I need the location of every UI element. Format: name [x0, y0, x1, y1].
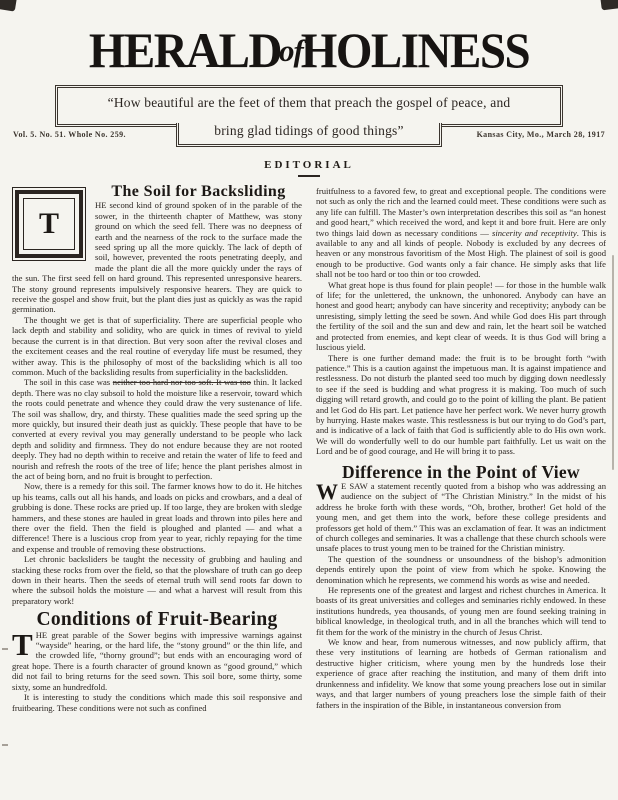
column-left: T The Soil for Backsliding HE second kin… — [12, 186, 302, 713]
paragraph: The thought we get is that of superficia… — [12, 315, 302, 377]
masthead-word-holiness: HOLINESS — [301, 22, 529, 79]
paragraph: Now, there is a remedy for this soil. Th… — [12, 481, 302, 554]
struck-through-text: neither too hard nor too soft. It was to… — [113, 377, 251, 387]
dropcap-letter-t: T — [12, 631, 33, 658]
paragraph: The question of the soundness or unsound… — [316, 554, 606, 585]
scripture-quote-banner: “How beautiful are the feet of them that… — [55, 85, 563, 147]
paragraph: He represents one of the greatest and la… — [316, 585, 606, 637]
margin-mark — [2, 648, 8, 650]
paragraph-text: HE great parable of the Sower begins wit… — [12, 630, 302, 692]
article-soil-for-backsliding: T The Soil for Backsliding HE second kin… — [12, 186, 302, 606]
dropcap-letter-w: W — [316, 482, 338, 501]
margin-mark — [2, 744, 8, 746]
masthead-word-of: of — [279, 33, 303, 69]
italic-text: sincerity and receptivity — [492, 228, 577, 238]
dropcap-box-frame: T — [15, 190, 83, 258]
scanned-page: { "masthead": { "title_part1": "HERALD",… — [0, 0, 618, 800]
paragraph: THE great parable of the Sower begins wi… — [12, 630, 302, 692]
quote-line-2: bring glad tidings of good things” — [176, 123, 442, 147]
paragraph: Let chronic backsliders be taught the ne… — [12, 554, 302, 606]
paragraph: There is one further demand made: the fr… — [316, 353, 606, 457]
page-columns: T The Soil for Backsliding HE second kin… — [0, 177, 618, 713]
paragraph: What great hope is thus found for plain … — [316, 280, 606, 353]
paragraph: fruitfulness to a favored few, to great … — [316, 186, 606, 280]
dropcap-letter-t: T — [39, 209, 59, 239]
paragraph-text: thin. It lacked depth. There was no clay… — [12, 377, 302, 481]
article-title-difference: Difference in the Point of View — [316, 467, 606, 477]
paragraph-text: The soil in this case was — [24, 377, 113, 387]
article-conditions-of-fruit-bearing: Conditions of Fruit-Bearing THE great pa… — [12, 615, 302, 713]
section-label-editorial: EDITORIAL — [0, 159, 618, 171]
paragraph: WE SAW a statement recently quoted from … — [316, 481, 606, 554]
masthead: HERALDofHOLINESS — [0, 0, 618, 78]
paragraph-text: E SAW a statement recently quoted from a… — [316, 481, 606, 553]
ornate-dropcap-box: T — [12, 187, 86, 261]
dropcap-box-inner: T — [23, 198, 75, 250]
paragraph: The soil in this case was neither too ha… — [12, 377, 302, 481]
paragraph: It is interesting to study the condition… — [12, 692, 302, 713]
page-edge-shadow — [612, 255, 614, 470]
paragraph: We know and hear, from numerous witnesse… — [316, 637, 606, 710]
quote-line-1: “How beautiful are the feet of them that… — [55, 85, 563, 127]
column-right: fruitfulness to a favored few, to great … — [316, 186, 606, 713]
article-conditions-continuation: fruitfulness to a favored few, to great … — [316, 186, 606, 457]
article-difference-point-of-view: Difference in the Point of View WE SAW a… — [316, 467, 606, 710]
masthead-word-herald: HERALD — [89, 22, 281, 79]
article-title-conditions: Conditions of Fruit-Bearing — [12, 615, 302, 625]
